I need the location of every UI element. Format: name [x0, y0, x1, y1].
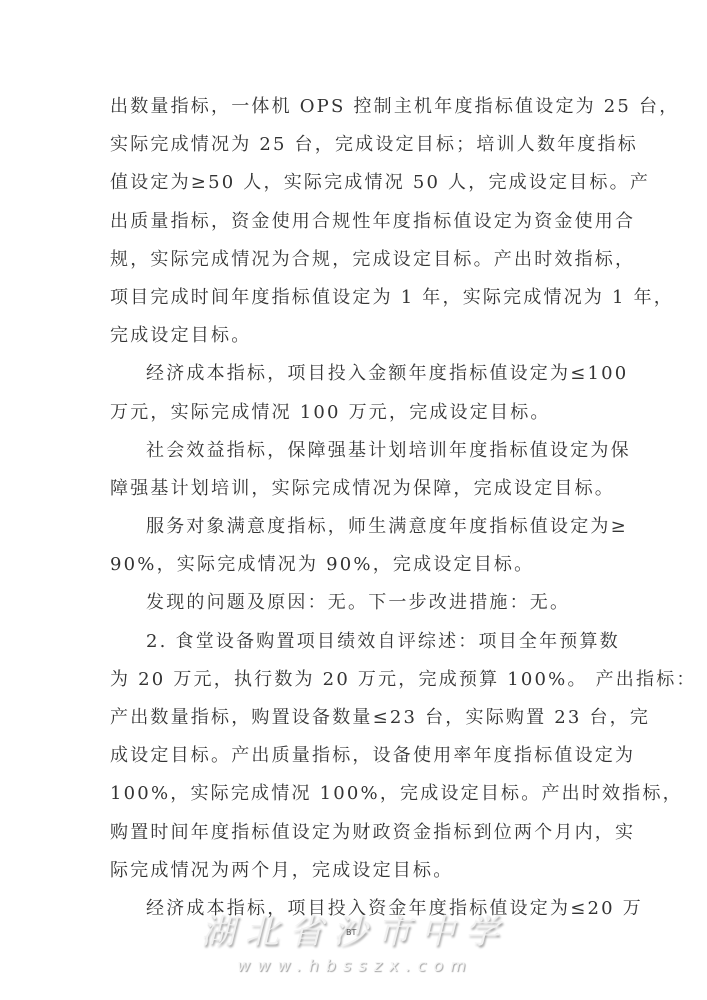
text-line-13: 90%，实际完成情况为 90%，完成设定目标。 — [110, 546, 602, 584]
watermark-badge: BT — [346, 928, 356, 937]
text-line-6: 项目完成时间年度指标值设定为 1 年，实际完成情况为 1 年， — [110, 279, 602, 317]
text-line-16: 为 20 万元，执行数为 20 万元，完成预算 100%。 产出指标： — [110, 661, 602, 699]
paragraph-canteen-project: 2. 食堂设备购置项目绩效自评综述：项目全年预算数 — [110, 623, 602, 661]
text-line-21: 际完成情况为两个月，完成设定目标。 — [110, 852, 602, 890]
text-line-1: 出数量指标，一体机 OPS 控制主机年度指标值设定为 25 台， — [110, 88, 602, 126]
text-line-3: 值设定为≥50 人，实际完成情况 50 人，完成设定目标。产 — [110, 164, 602, 202]
text-line-11: 障强基计划培训，实际完成情况为保障，完成设定目标。 — [110, 470, 602, 508]
paragraph-economic-cost-2: 经济成本指标，项目投入资金年度指标值设定为≤20 万 — [110, 890, 602, 928]
text-line-9: 万元，实际完成情况 100 万元，完成设定目标。 — [110, 394, 602, 432]
watermark-url: www.hbsszx.com — [200, 956, 510, 975]
paragraph-satisfaction: 服务对象满意度指标，师生满意度年度指标值设定为≥ — [110, 508, 602, 546]
paragraph-social-benefit: 社会效益指标，保障强基计划培训年度指标值设定为保 — [110, 432, 602, 470]
text-line-17: 产出数量指标，购置设备数量≤23 台，实际购置 23 台，完 — [110, 699, 602, 737]
document-page: 出数量指标，一体机 OPS 控制主机年度指标值设定为 25 台， 实际完成情况为… — [110, 88, 602, 928]
paragraph-issues: 发现的问题及原因：无。下一步改进措施：无。 — [110, 584, 602, 622]
text-line-18: 成设定目标。产出质量指标，设备使用率年度指标值设定为 — [110, 737, 602, 775]
text-line-4: 出质量指标，资金使用合规性年度指标值设定为资金使用合 — [110, 203, 602, 241]
text-line-20: 购置时间年度指标值设定为财政资金指标到位两个月内，实 — [110, 814, 602, 852]
text-line-19: 100%，实际完成情况 100%，完成设定目标。产出时效指标， — [110, 775, 602, 813]
text-line-2: 实际完成情况为 25 台，完成设定目标；培训人数年度指标 — [110, 126, 602, 164]
text-line-7: 完成设定目标。 — [110, 317, 602, 355]
paragraph-economic-cost-1: 经济成本指标，项目投入金额年度指标值设定为≤100 — [110, 355, 602, 393]
text-line-5: 规，实际完成情况为合规，完成设定目标。产出时效指标， — [110, 241, 602, 279]
